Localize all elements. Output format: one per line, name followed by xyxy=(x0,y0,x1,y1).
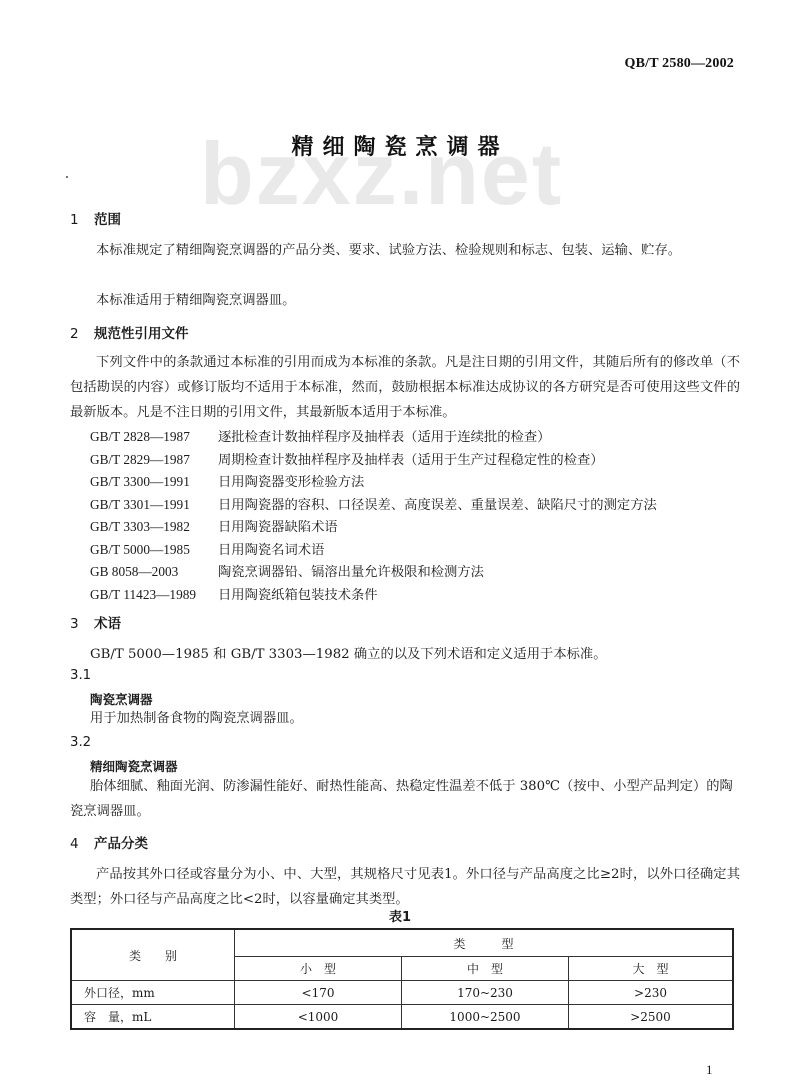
reference-item: GB/T 3300—1991日用陶瓷器变形检验方法 xyxy=(90,471,657,494)
term-definition: 用于加热制备食物的陶瓷烹调器皿。 xyxy=(70,706,740,731)
reference-title: 日用陶瓷器缺陷术语 xyxy=(218,520,338,535)
term-name: 精细陶瓷烹调器 xyxy=(90,757,178,775)
reference-code: GB/T 2828—1987 xyxy=(90,429,218,445)
reference-item: GB/T 11423—1989日用陶瓷纸箱包装技术条件 xyxy=(90,584,657,607)
term-number: 3.1 xyxy=(70,668,91,683)
classification-table: 类 别 类 型 小 型 中 型 大 型 外口径，mm <170 170~230 … xyxy=(70,928,734,1030)
table-cell: 1000~2500 xyxy=(402,1005,569,1030)
table-cell: <1000 xyxy=(235,1005,402,1030)
section-1-paragraph-2: 本标准适用于精细陶瓷烹调器皿。 xyxy=(70,288,740,313)
term-definition: 胎体细腻、釉面光润、防渗漏性能好、耐热性能高、热稳定性温差不低于 380℃（按中… xyxy=(70,774,740,824)
reference-code: GB/T 2829—1987 xyxy=(90,452,218,468)
section-title: 术语 xyxy=(94,616,121,632)
table-row: 外口径，mm <170 170~230 >230 xyxy=(71,981,733,1005)
table-cell: <170 xyxy=(235,981,402,1005)
reference-item: GB/T 2829—1987周期检查计数抽样程序及抽样表（适用于生产过程稳定性的… xyxy=(90,449,657,472)
reference-title: 陶瓷烹调器铅、镉溶出量允许极限和检测方法 xyxy=(218,565,484,580)
scan-speck xyxy=(66,176,68,178)
section-3-heading: 3术语 xyxy=(70,612,121,632)
section-number: 1 xyxy=(70,212,94,228)
section-4-paragraph: 产品按其外口径或容量分为小、中、大型，其规格尺寸见表1。外口径与产品高度之比≥2… xyxy=(70,862,740,912)
reference-code: GB/T 3300—1991 xyxy=(90,474,218,490)
table-cell: >230 xyxy=(569,981,734,1005)
section-1-heading: 1范围 xyxy=(70,208,121,228)
column-header: 小 型 xyxy=(235,957,402,981)
section-1-paragraph-1: 本标准规定了精细陶瓷烹调器的产品分类、要求、试验方法、检验规则和标志、包装、运输… xyxy=(70,238,740,263)
section-2-heading: 2规范性引用文件 xyxy=(70,322,189,342)
standard-code: QB/T 2580—2002 xyxy=(624,56,734,72)
document-page: QB/T 2580—2002 bzxz.net 精细陶瓷烹调器 1范围 本标准规… xyxy=(0,0,800,1092)
reference-code: GB 8058—2003 xyxy=(90,564,218,580)
reference-title: 逐批检查计数抽样程序及抽样表（适用于连续批的检查） xyxy=(218,430,550,445)
row-label: 容 量，mL xyxy=(71,1005,235,1030)
reference-title: 日用陶瓷器变形检验方法 xyxy=(218,475,364,490)
column-header: 中 型 xyxy=(402,957,569,981)
section-3-intro: GB/T 5000—1985 和 GB/T 3303—1982 确立的以及下列术… xyxy=(70,642,740,667)
reference-title: 日用陶瓷名词术语 xyxy=(218,543,324,558)
reference-title: 日用陶瓷纸箱包装技术条件 xyxy=(218,588,378,603)
reference-code: GB/T 3301—1991 xyxy=(90,497,218,513)
section-4-heading: 4产品分类 xyxy=(70,832,148,852)
page-number: 1 xyxy=(706,1062,713,1078)
document-title: 精细陶瓷烹调器 xyxy=(0,130,800,161)
reference-item: GB/T 3303—1982日用陶瓷器缺陷术语 xyxy=(90,516,657,539)
reference-item: GB/T 5000—1985日用陶瓷名词术语 xyxy=(90,539,657,562)
section-number: 2 xyxy=(70,326,94,342)
reference-item: GB/T 2828—1987逐批检查计数抽样程序及抽样表（适用于连续批的检查） xyxy=(90,426,657,449)
reference-item: GB 8058—2003陶瓷烹调器铅、镉溶出量允许极限和检测方法 xyxy=(90,561,657,584)
table-cell: >2500 xyxy=(569,1005,734,1030)
section-2-intro: 下列文件中的条款通过本标准的引用而成为本标准的条款。凡是注日期的引用文件，其随后… xyxy=(70,350,740,425)
column-header: 大 型 xyxy=(569,957,734,981)
reference-code: GB/T 5000—1985 xyxy=(90,542,218,558)
section-title: 范围 xyxy=(94,212,121,228)
section-title: 规范性引用文件 xyxy=(94,326,189,342)
row-label: 外口径，mm xyxy=(71,981,235,1005)
term-number: 3.2 xyxy=(70,735,91,750)
reference-item: GB/T 3301—1991日用陶瓷器的容积、口径误差、高度误差、重量误差、缺陷… xyxy=(90,494,657,517)
section-title: 产品分类 xyxy=(94,836,148,852)
reference-code: GB/T 3303—1982 xyxy=(90,519,218,535)
table-caption: 表1 xyxy=(0,906,800,925)
header-type: 类 型 xyxy=(235,929,734,957)
table-cell: 170~230 xyxy=(402,981,569,1005)
reference-list: GB/T 2828—1987逐批检查计数抽样程序及抽样表（适用于连续批的检查） … xyxy=(90,426,657,606)
section-number: 4 xyxy=(70,836,94,852)
table-row: 容 量，mL <1000 1000~2500 >2500 xyxy=(71,1005,733,1030)
section-number: 3 xyxy=(70,616,94,632)
reference-title: 周期检查计数抽样程序及抽样表（适用于生产过程稳定性的检查） xyxy=(218,453,604,468)
reference-title: 日用陶瓷器的容积、口径误差、高度误差、重量误差、缺陷尺寸的测定方法 xyxy=(218,498,657,513)
header-category: 类 别 xyxy=(71,929,235,981)
reference-code: GB/T 11423—1989 xyxy=(90,587,218,603)
